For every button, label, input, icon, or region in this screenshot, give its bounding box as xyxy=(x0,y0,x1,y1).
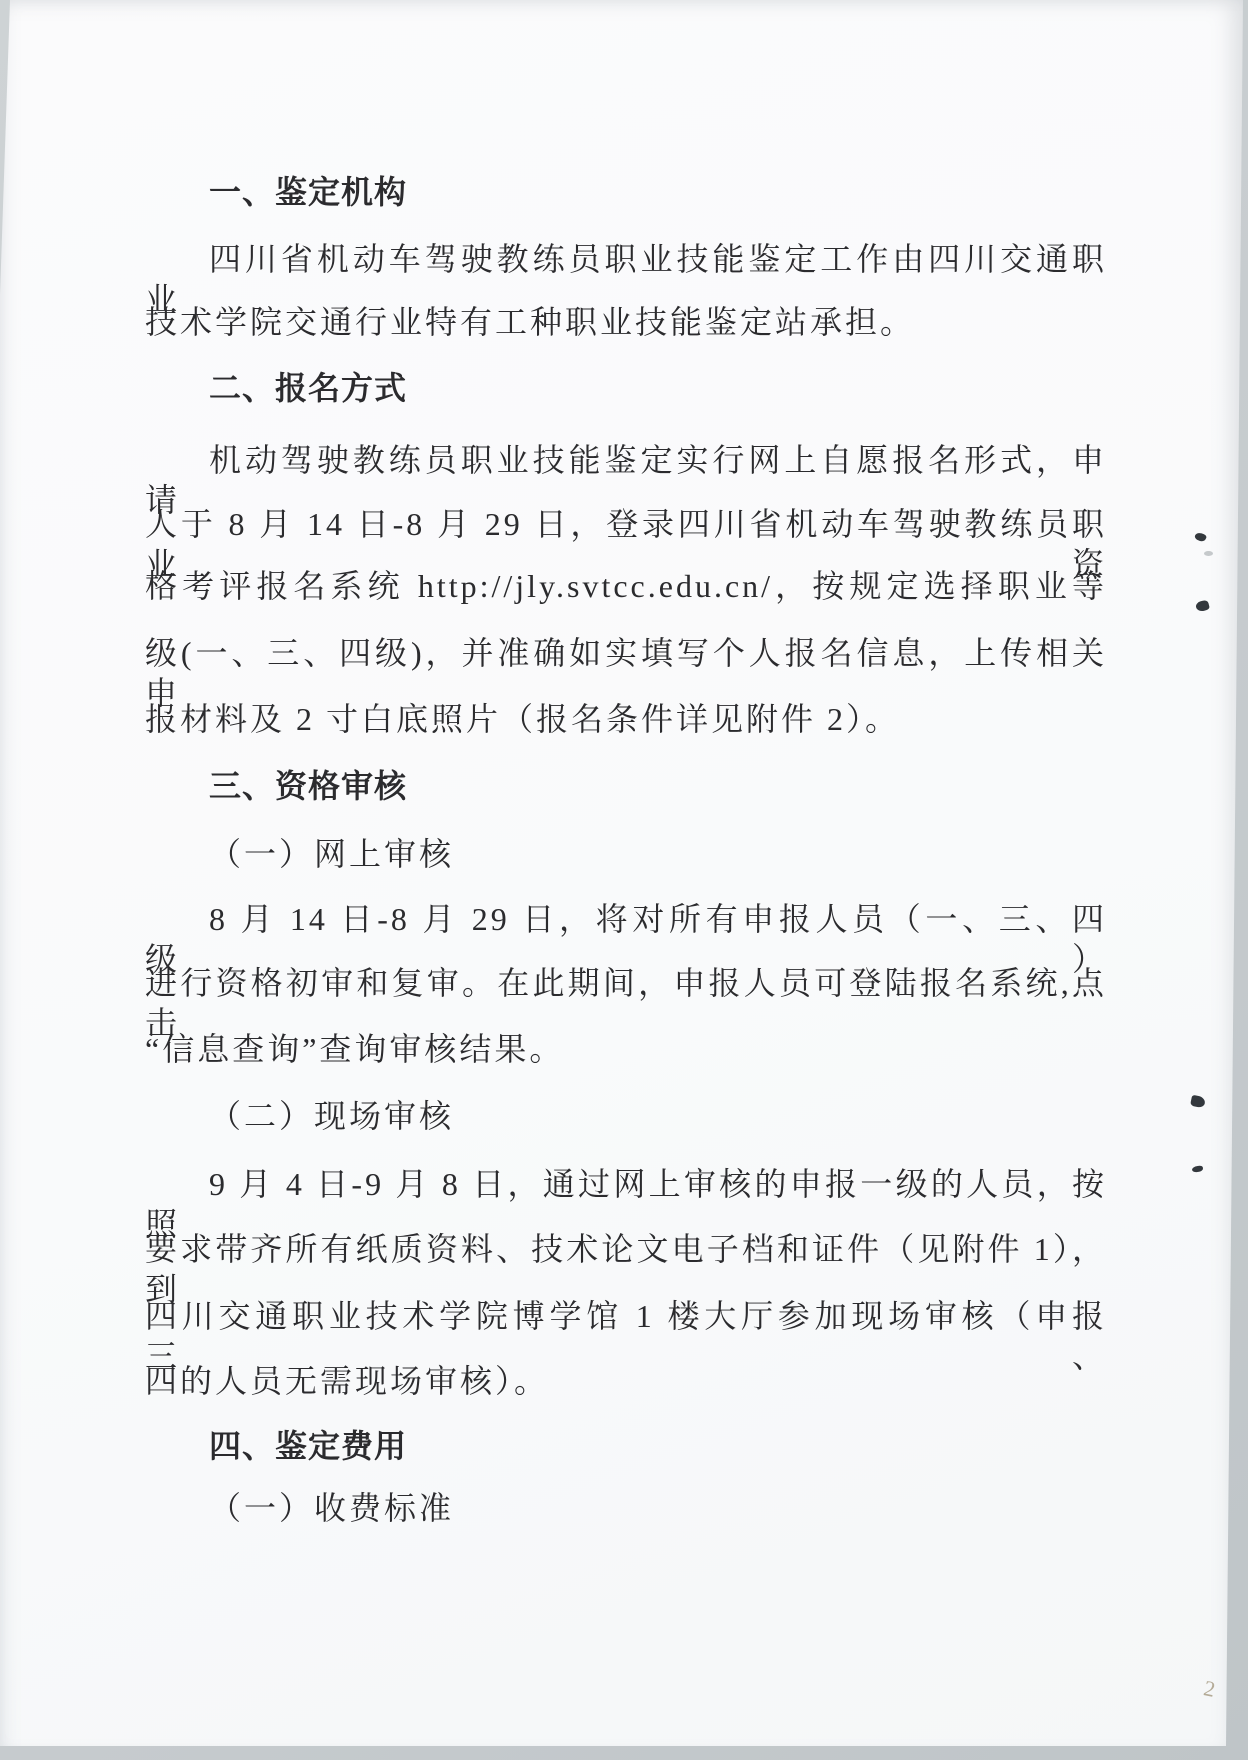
section-heading-1: 一、鉴定机构 xyxy=(145,172,1107,212)
body-line-with-url: 格考评报名系统 http://jly.svtcc.edu.cn/，按规定选择职业… xyxy=(145,566,1107,606)
section-heading-2: 二、报名方式 xyxy=(145,368,1107,408)
body-line: 技术学院交通行业特有工种职业技能鉴定站承担。 xyxy=(145,302,1107,342)
sub-heading: （二）现场审核 xyxy=(145,1096,1107,1136)
section-heading-3: 三、资格审核 xyxy=(145,766,1107,806)
scanned-document-page: 一、鉴定机构 四川省机动车驾驶教练员职业技能鉴定工作由四川交通职业 技术学院交通… xyxy=(0,0,1248,1760)
sub-heading: （一）收费标准 xyxy=(145,1488,1107,1528)
sub-heading: （一）网上审核 xyxy=(145,834,1107,874)
paper-sheet: 一、鉴定机构 四川省机动车驾驶教练员职业技能鉴定工作由四川交通职业 技术学院交通… xyxy=(0,0,1248,1760)
body-line: 报材料及 2 寸白底照片（报名条件详见附件 2）。 xyxy=(145,699,1107,739)
body-line: 四的人员无需现场审核）。 xyxy=(145,1361,1107,1401)
body-line: “信息查询”查询审核结果。 xyxy=(145,1029,1107,1069)
ink-speck-faint xyxy=(1204,551,1213,556)
section-heading-4: 四、鉴定费用 xyxy=(145,1426,1107,1466)
